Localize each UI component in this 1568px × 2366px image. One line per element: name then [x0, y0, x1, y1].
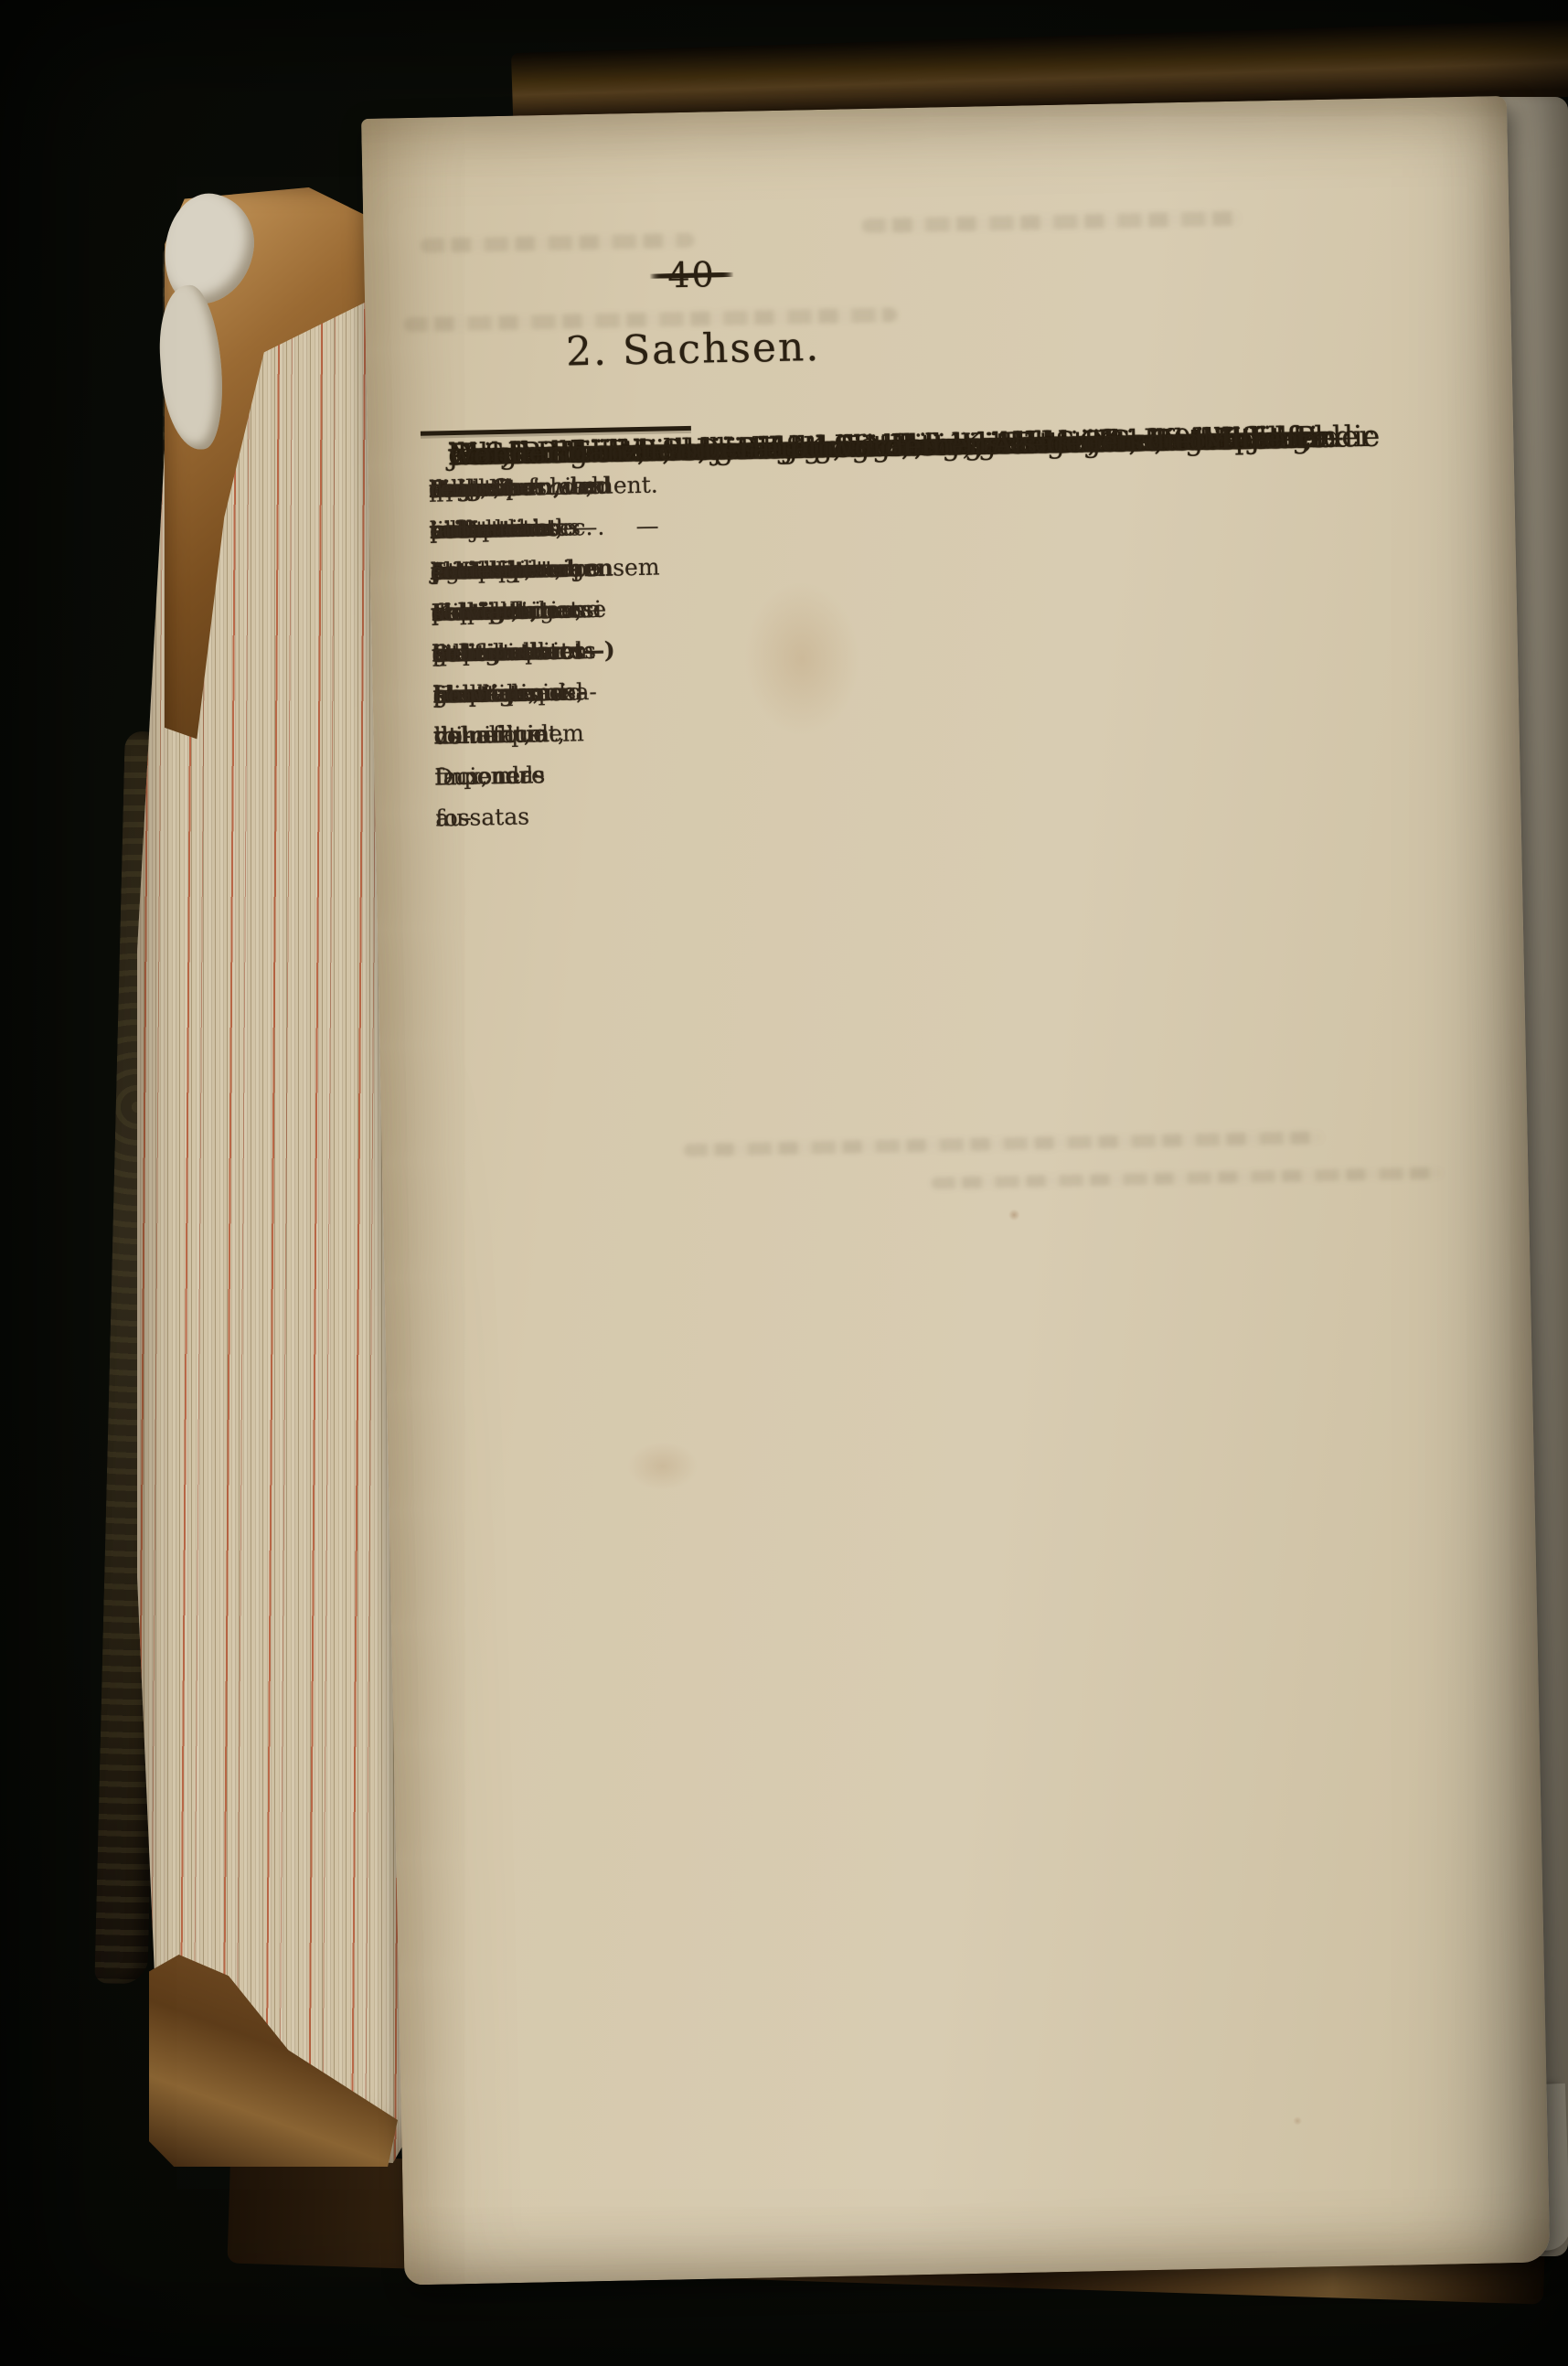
- page-header: 40: [444, 246, 939, 304]
- photo-backdrop: 40 2. Sachsen. Schon unter der Regierung…: [0, 0, 1568, 2366]
- page-content: 40 2. Sachsen. Schon unter der Regierung…: [361, 96, 1550, 2286]
- footnote-segment: rem et utilitatem ecclesiae serviant et …: [429, 466, 548, 756]
- book-page: 40 2. Sachsen. Schon unter der Regierung…: [361, 96, 1550, 2286]
- header-dash-right: [649, 272, 733, 278]
- body-text: Schon unter der Regierung des Kaisers Ot…: [448, 411, 1431, 432]
- section-heading: 2. Sachsen.: [446, 321, 941, 380]
